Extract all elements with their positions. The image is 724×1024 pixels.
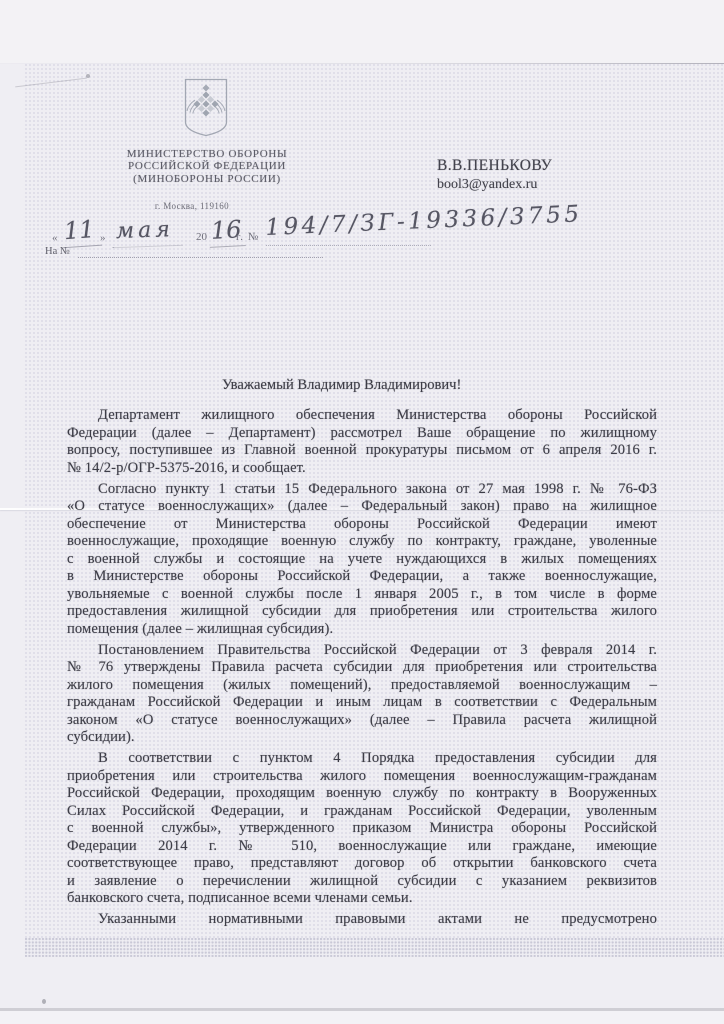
body-line: Согласно пункту 1 статьи 15 Федерального… — [67, 481, 657, 499]
scan-scratch-mark — [15, 78, 87, 88]
halftone-band — [25, 938, 724, 957]
body-line: гражданам Российской Федерации и иным ли… — [67, 694, 657, 712]
body-line: «О статусе военнослужащих» (далее – Феде… — [67, 498, 657, 516]
scan-bottom-margin — [0, 1011, 724, 1024]
paragraph: Постановлением Правительства Российской … — [67, 642, 657, 747]
scan-top-margin — [0, 0, 724, 63]
body-line: помещения (далее – жилищная субсидия). — [67, 621, 657, 639]
printed-number-label: г. № — [236, 231, 259, 243]
paragraph: Департамент жилищного обеспечения Минист… — [67, 407, 657, 477]
scan-speck — [86, 74, 90, 78]
body-paragraphs: Департамент жилищного обеспечения Минист… — [67, 407, 657, 932]
body-line: В соответствии с пунктом 4 Порядка предо… — [67, 750, 657, 768]
ministry-address: г. Москва, 119160 — [117, 201, 267, 211]
body-line: вопросу, поступившее из Главной военной … — [67, 442, 657, 460]
recipient-block: В.В.ПЕНЬКОВУ bool3@yandex.ru — [437, 157, 552, 193]
close-quote: » — [100, 232, 106, 244]
body-line: и заявление о перечислении жилищной субс… — [67, 873, 657, 891]
body-line: приобретения или строительства жилого по… — [67, 768, 657, 786]
body-line: субсидии). — [67, 729, 657, 747]
handwritten-day: 11 — [61, 215, 102, 249]
paragraph: Согласно пункту 1 статьи 15 Федерального… — [67, 481, 657, 639]
ministry-line-3: (МИНОБОРОНЫ РОССИИ) — [77, 173, 337, 185]
salutation: Уважаемый Владимир Владимирович! — [222, 377, 461, 394]
reply-to-dotted-line — [78, 257, 323, 258]
ministry-line-1: МИНИСТЕРСТВО ОБОРОНЫ — [77, 148, 337, 160]
body-line: соответствующее право, представляют дого… — [67, 855, 657, 873]
number-dotted-line — [266, 245, 431, 246]
page-top-edge-line — [0, 63, 724, 64]
ministry-line-2: РОССИЙСКОЙ ФЕДЕРАЦИИ — [77, 160, 337, 172]
handwritten-month: мая — [112, 217, 183, 248]
body-line: Департамент жилищного обеспечения Минист… — [67, 407, 657, 425]
body-line: с военной службы», утвержденного приказо… — [67, 820, 657, 838]
scanned-letter-page: МИНИСТЕРСТВО ОБОРОНЫ РОССИЙСКОЙ ФЕДЕРАЦИ… — [0, 0, 724, 1024]
body-line: № 76 утверждены Правила расчета субсидии… — [67, 659, 657, 677]
recipient-email: bool3@yandex.ru — [437, 177, 552, 193]
reply-to-label: На № — [45, 246, 70, 257]
body-line: военнослужащие, проходящие военную служб… — [67, 533, 657, 551]
body-line: в Министерстве обороны Российской Федера… — [67, 568, 657, 586]
scan-speck — [42, 999, 46, 1004]
body-line: Федерации 2014 г. № 510, военнослужащие … — [67, 838, 657, 856]
body-line: Указанными нормативными правовыми актами… — [67, 911, 657, 929]
body-line: № 14/2-р/ОГР-5375-2016, и сообщает. — [67, 460, 657, 478]
body-line: с военной службы и состоящие на учете ну… — [67, 551, 657, 569]
open-quote: « — [52, 232, 58, 244]
paragraph: Указанными нормативными правовыми актами… — [67, 911, 657, 929]
recipient-name: В.В.ПЕНЬКОВУ — [437, 157, 552, 175]
printed-year-prefix: 20 — [196, 231, 207, 243]
handwritten-outgoing-number: 194/7/ЗГ-19336/3755 — [265, 201, 583, 241]
body-line: Федерации (далее – Департамент) рассмотр… — [67, 425, 657, 443]
paragraph: В соответствии с пунктом 4 Порядка предо… — [67, 750, 657, 908]
body-line: увольняемые с военной службы после 1 янв… — [67, 586, 657, 604]
body-line: обеспечение от Министерства обороны Росс… — [67, 516, 657, 534]
body-line: законом «О статусе военнослужащих» (дале… — [67, 712, 657, 730]
body-line: Силах Российской Федерации, и гражданам … — [67, 803, 657, 821]
mod-shield-emblem-icon — [183, 77, 229, 138]
body-line: Российской Федерации, проходящим военную… — [67, 785, 657, 803]
ministry-name-block: МИНИСТЕРСТВО ОБОРОНЫ РОССИЙСКОЙ ФЕДЕРАЦИ… — [77, 148, 337, 185]
body-line: банковского счета, подписанное всеми чле… — [67, 890, 657, 908]
body-line: предоставления жилищной субсидии для при… — [67, 603, 657, 621]
body-line: Постановлением Правительства Российской … — [67, 642, 657, 660]
body-line: жилого помещения (жилых помещений), пред… — [67, 677, 657, 695]
